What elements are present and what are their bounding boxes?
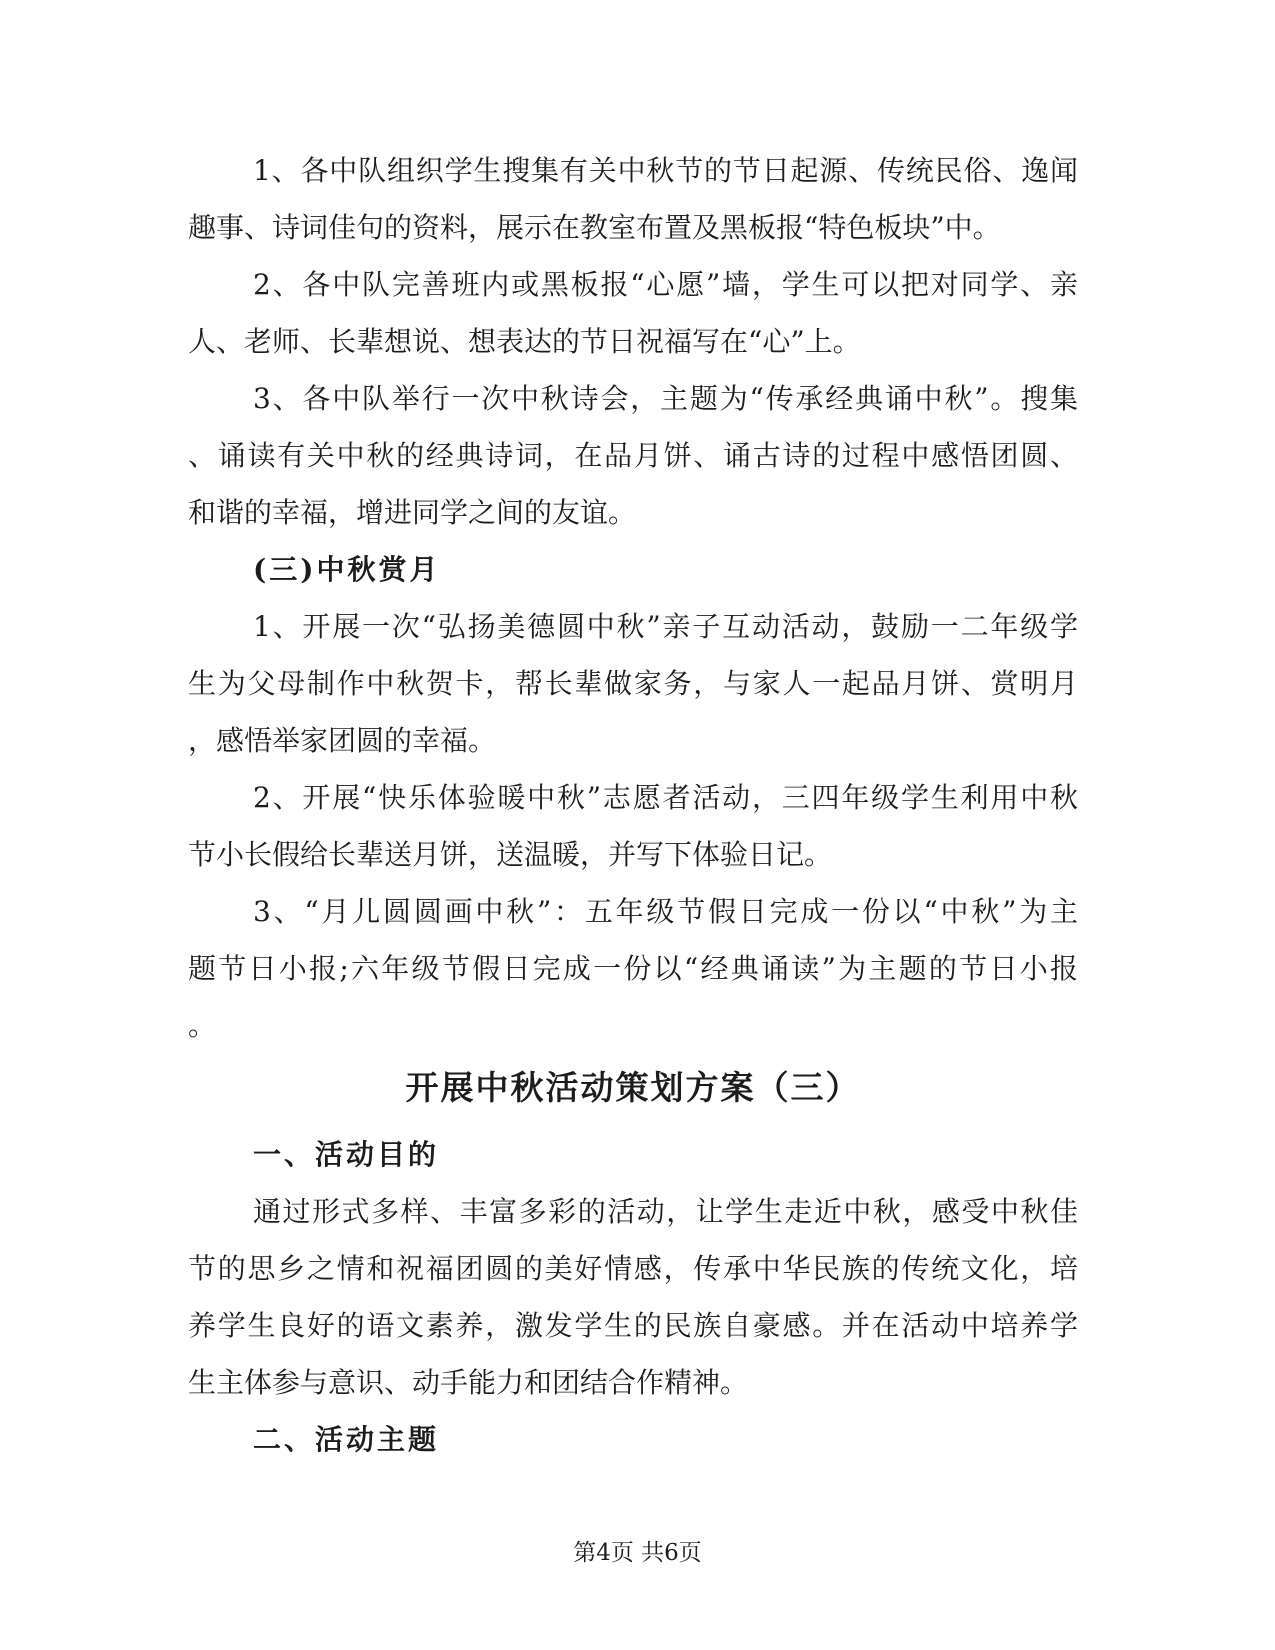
text-line: 生主体参与意识、动手能力和团结合作精神。: [188, 1354, 1078, 1411]
text-line: 养学生良好的语文素养，激发学生的民族自豪感。并在活动中培养学: [188, 1297, 1078, 1354]
text-line: 趣事、诗词佳句的资料，展示在教室布置及黑板报“特色板块”中。: [188, 199, 1078, 256]
page-footer: 第4页 共6页: [0, 1538, 1275, 1568]
text-line: 题节日小报;六年级节假日完成一份以“经典诵读”为主题的节日小报: [188, 940, 1078, 997]
text-line: ，感悟举家团圆的幸福。: [188, 712, 1078, 769]
text-line: 生为父母制作中秋贺卡，帮长辈做家务，与家人一起品月饼、赏明月: [188, 655, 1078, 712]
document-title: 开展中秋活动策划方案（三）: [188, 1058, 1078, 1118]
text-line: 3、各中队举行一次中秋诗会，主题为“传承经典诵中秋”。搜集: [188, 370, 1078, 427]
text-line: 1、开展一次“弘扬美德圆中秋”亲子互动活动，鼓励一二年级学: [188, 598, 1078, 655]
document-body: 1、各中队组织学生搜集有关中秋节的节日起源、传统民俗、逸闻趣事、诗词佳句的资料，…: [188, 142, 1078, 1468]
section-heading: 二、活动主题: [188, 1411, 1078, 1468]
text-line: 。: [188, 997, 1078, 1054]
page-number: 第4页 共6页: [573, 1540, 702, 1566]
text-line: 人、老师、长辈想说、想表达的节日祝福写在“心”上。: [188, 313, 1078, 370]
text-line: 1、各中队组织学生搜集有关中秋节的节日起源、传统民俗、逸闻: [188, 142, 1078, 199]
text-line: 2、开展“快乐体验暖中秋”志愿者活动，三四年级学生利用中秋: [188, 769, 1078, 826]
document-page: 1、各中队组织学生搜集有关中秋节的节日起源、传统民俗、逸闻趣事、诗词佳句的资料，…: [0, 0, 1275, 1650]
text-line: 、诵读有关中秋的经典诗词，在品月饼、诵古诗的过程中感悟团圆、: [188, 427, 1078, 484]
section-heading: (三)中秋赏月: [188, 541, 1078, 598]
section-heading: 一、活动目的: [188, 1126, 1078, 1183]
text-line: 3、“月儿圆圆画中秋”：五年级节假日完成一份以“中秋”为主: [188, 883, 1078, 940]
text-line: 和谐的幸福，增进同学之间的友谊。: [188, 484, 1078, 541]
text-line: 节小长假给长辈送月饼，送温暖，并写下体验日记。: [188, 826, 1078, 883]
text-line: 通过形式多样、丰富多彩的活动，让学生走近中秋，感受中秋佳: [188, 1183, 1078, 1240]
text-line: 2、各中队完善班内或黑板报“心愿”墙，学生可以把对同学、亲: [188, 256, 1078, 313]
text-line: 节的思乡之情和祝福团圆的美好情感，传承中华民族的传统文化，培: [188, 1240, 1078, 1297]
